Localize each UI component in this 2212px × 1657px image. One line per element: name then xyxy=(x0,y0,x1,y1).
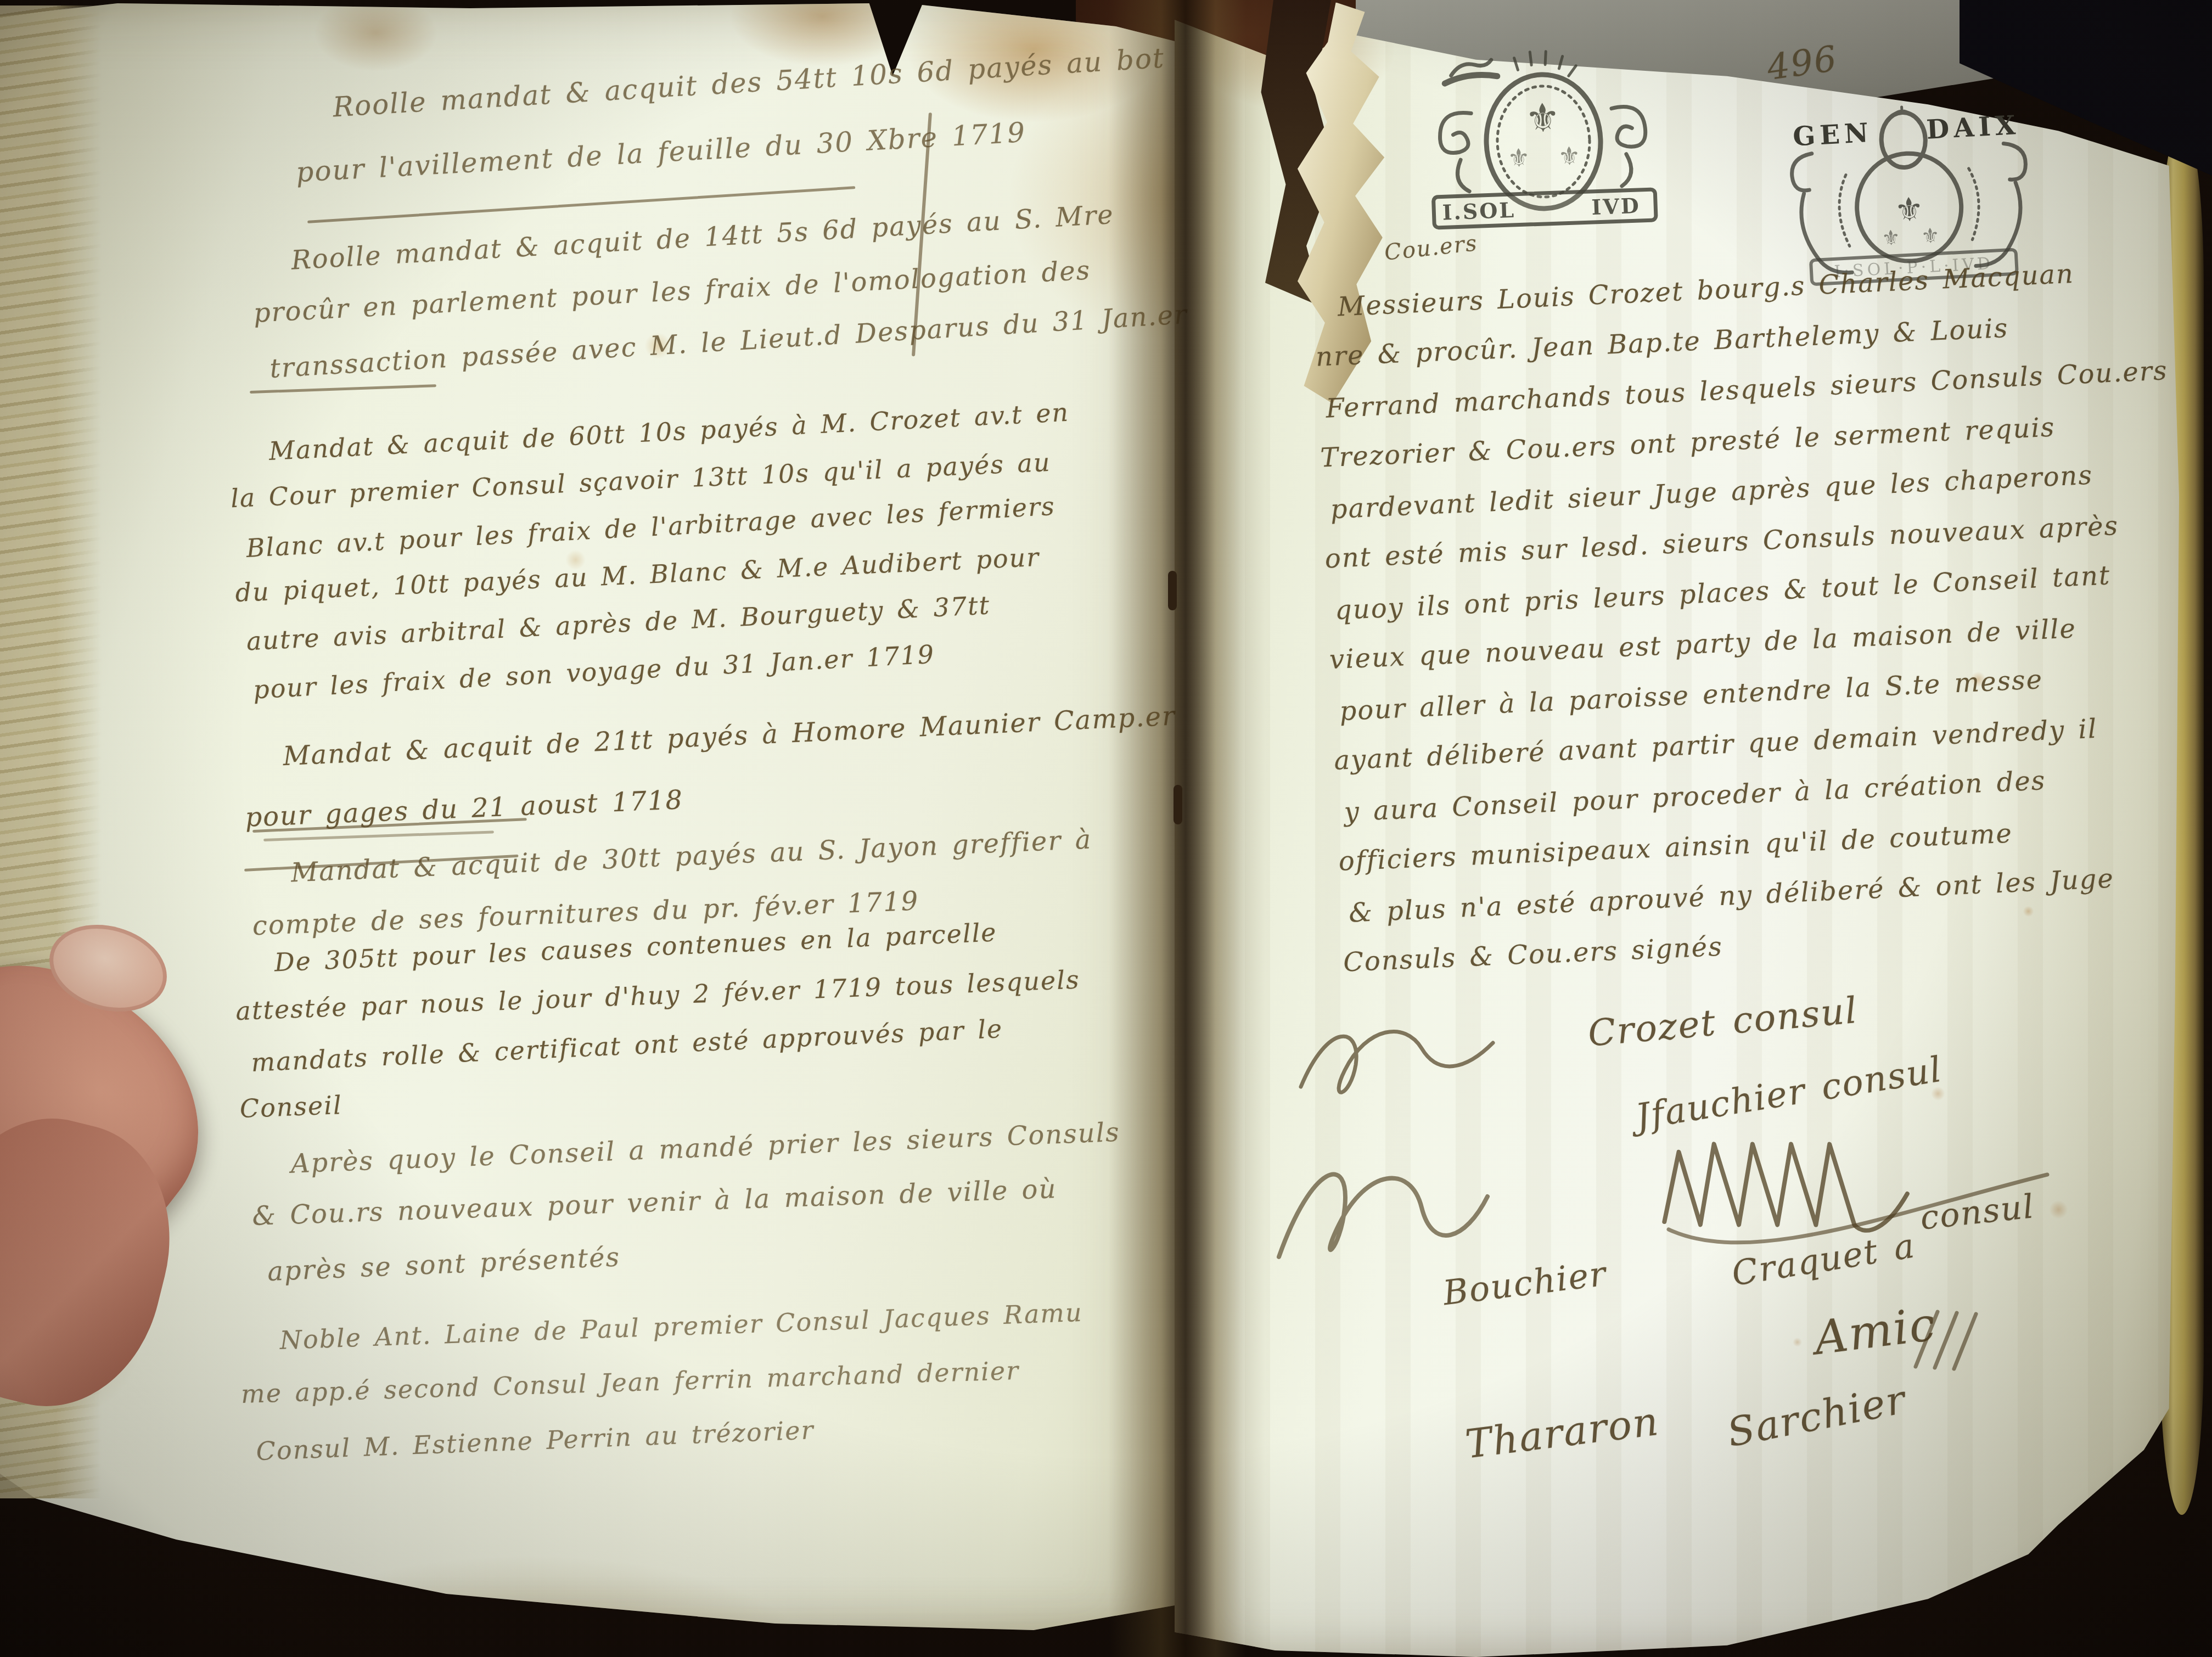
right-page-paragraph: Messieurs Louis Crozet bourg.s Charles M… xyxy=(1320,244,2194,988)
left-paragraph-3: Mandat & acquit de 60tt 10s payés à M. C… xyxy=(236,389,1082,712)
left-paragraph-7: Après quoy le Conseil a mandé prier les … xyxy=(258,1106,1125,1297)
fleur-de-lis-icon: ⚜ xyxy=(1881,226,1901,251)
left-paragraph-6: De 305tt pour les causes contenues en la… xyxy=(242,905,1085,1134)
fleur-de-lis-icon: ⚜ xyxy=(1557,141,1581,171)
fleur-de-lis-icon: ⚜ xyxy=(1524,94,1561,142)
binding-stitch xyxy=(1174,785,1182,824)
stamp-banner-right-text: IVD xyxy=(1591,193,1641,220)
fleur-de-lis-icon: ⚜ xyxy=(1507,143,1530,173)
signature-flourish xyxy=(1295,1004,1504,1114)
stamp-title-left-text: GEN xyxy=(1792,117,1873,153)
signature-flourish xyxy=(1268,1131,1498,1290)
fleur-de-lis-icon: ⚜ xyxy=(1921,223,1940,249)
left-paragraph-8: Noble Ant. Laine de Paul premier Consul … xyxy=(247,1285,1087,1478)
stamp-title-right-text: DAIX xyxy=(1925,110,2020,145)
signature-underline-swoosh xyxy=(1663,1164,2058,1257)
photo-open-manuscript-register: Roolle mandat & acquit des 54tt 10s 6d p… xyxy=(0,0,2212,1657)
signature-strike-marks xyxy=(1905,1306,1992,1378)
binding-stitch xyxy=(1168,571,1177,610)
fiscal-stamp-sol-icon: ⚜ ⚜ ⚜ I.SOL IVD xyxy=(1418,40,1666,243)
stamp-banner-left-text: I.SOL xyxy=(1442,198,1516,225)
